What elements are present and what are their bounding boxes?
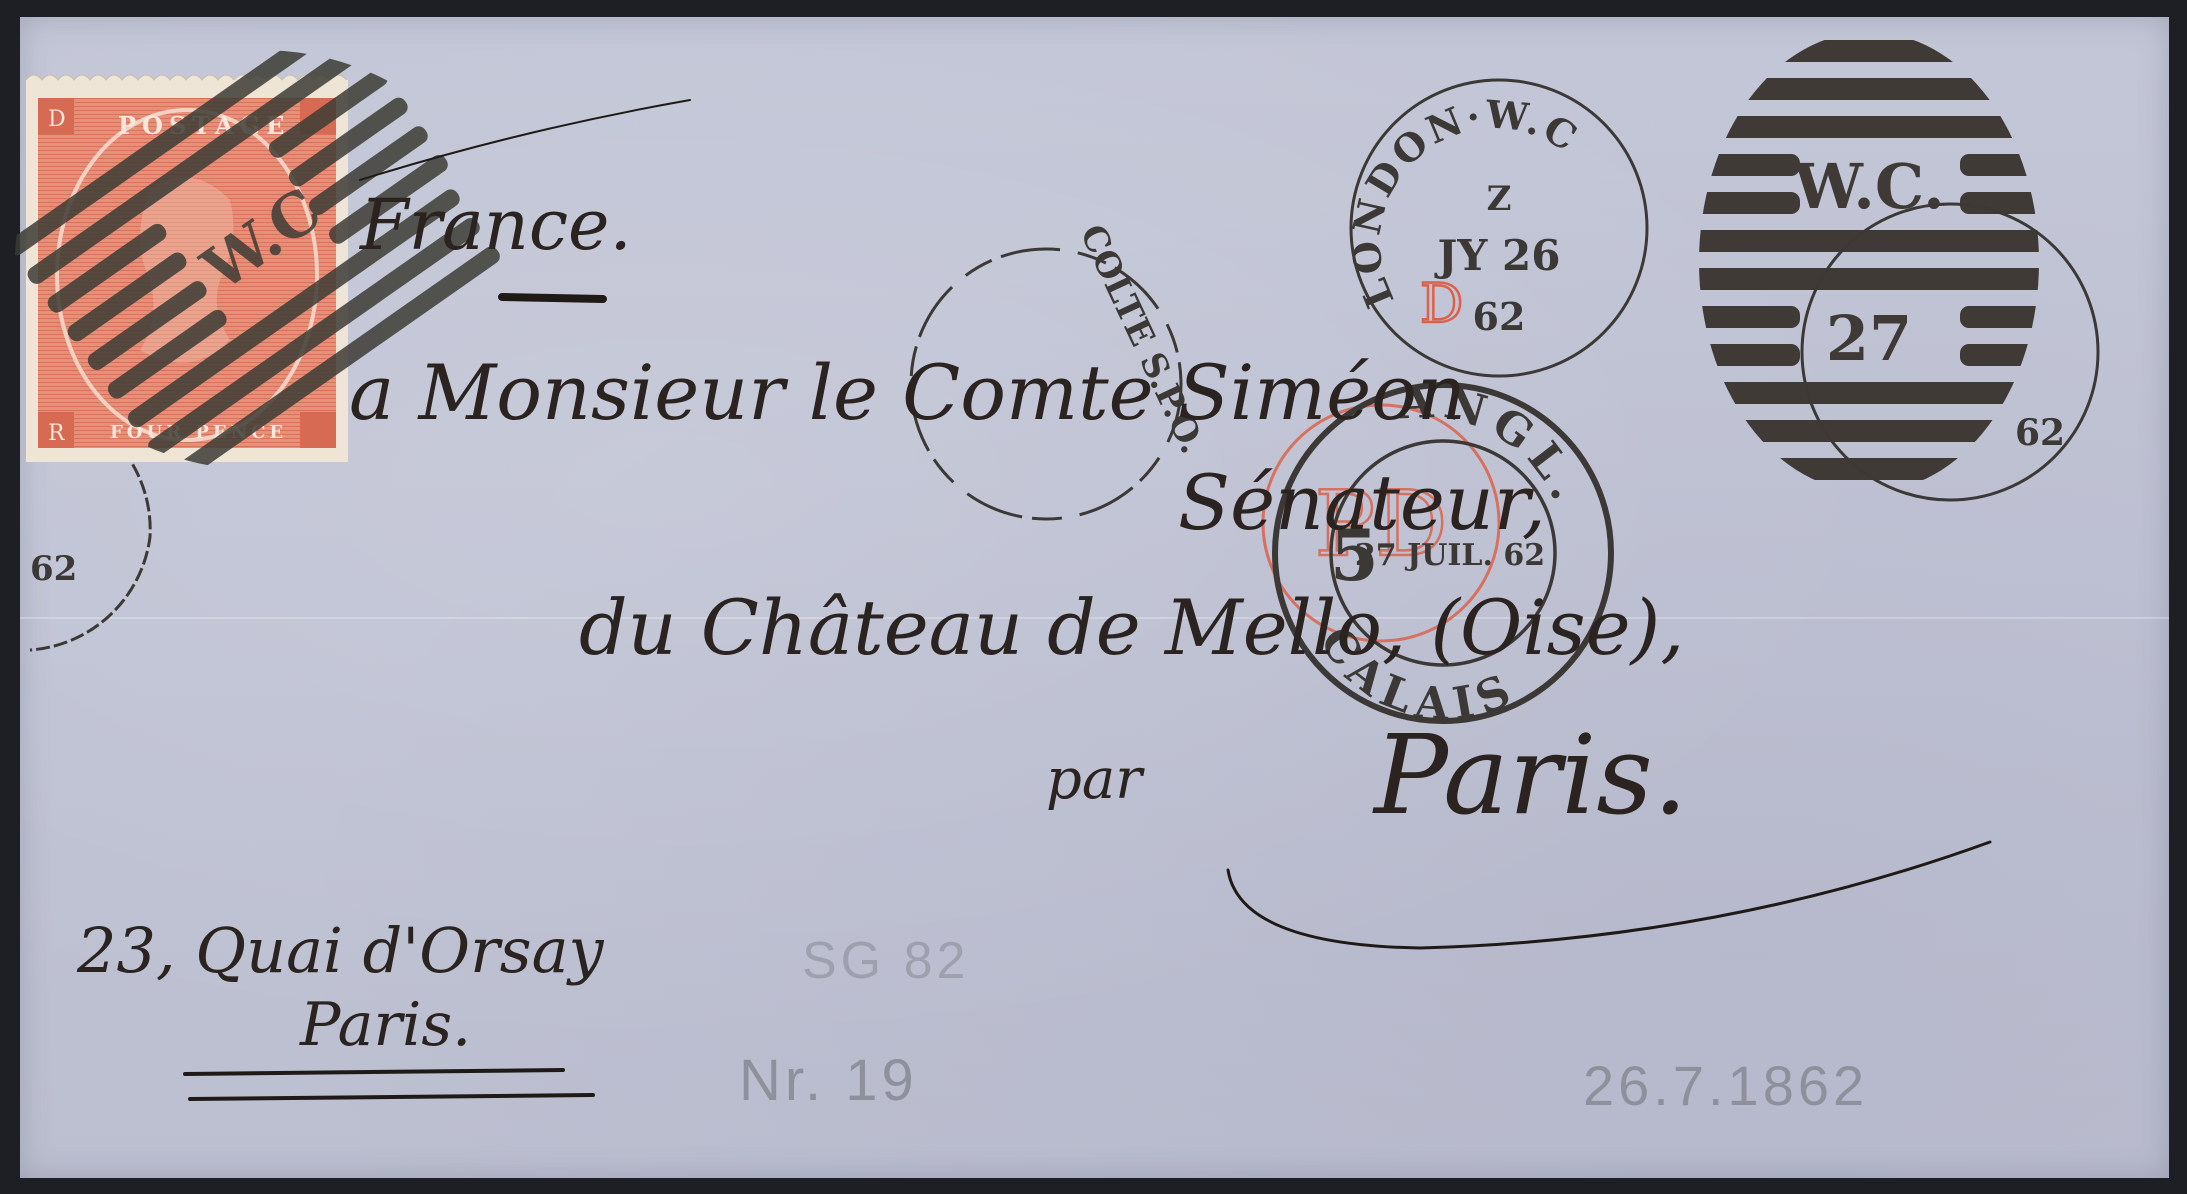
pencil-date: 26.7.1862 bbox=[1583, 1058, 1868, 1114]
address-country: France. bbox=[360, 190, 632, 260]
svg-text:D: D bbox=[48, 107, 66, 132]
duplex-number: 27 bbox=[1826, 302, 1912, 375]
pencil-item-number: Nr. 19 bbox=[739, 1052, 918, 1110]
address-line-1: a Monsieur le Comte Siméon bbox=[349, 355, 1466, 431]
svg-text:62: 62 bbox=[2015, 412, 2065, 454]
svg-text:R: R bbox=[48, 421, 66, 446]
london-wc-datestamp: LONDON·W.C Z JY 26 62 D bbox=[1343, 80, 1647, 376]
svg-text:Z: Z bbox=[1487, 179, 1512, 219]
address-city: Paris. bbox=[1374, 720, 1688, 830]
sender-line-2: Paris. bbox=[300, 995, 471, 1055]
pencil-catalogue-number: SG 82 bbox=[802, 935, 969, 987]
duplex-code: W.C. bbox=[1792, 150, 1944, 223]
sender-line-1: 23, Quai d'Orsay bbox=[77, 920, 604, 982]
address-via: par bbox=[1046, 752, 1142, 808]
svg-text:62: 62 bbox=[30, 549, 77, 589]
svg-text:62: 62 bbox=[1473, 294, 1526, 339]
address-line-2: Sénateur, bbox=[1178, 465, 1546, 541]
address-line-3: du Château de Mello, (Oise), bbox=[579, 590, 1684, 666]
svg-text:LONDON·W.C: LONDON·W.C bbox=[1343, 91, 1587, 314]
red-d-mark: D bbox=[1420, 272, 1463, 335]
